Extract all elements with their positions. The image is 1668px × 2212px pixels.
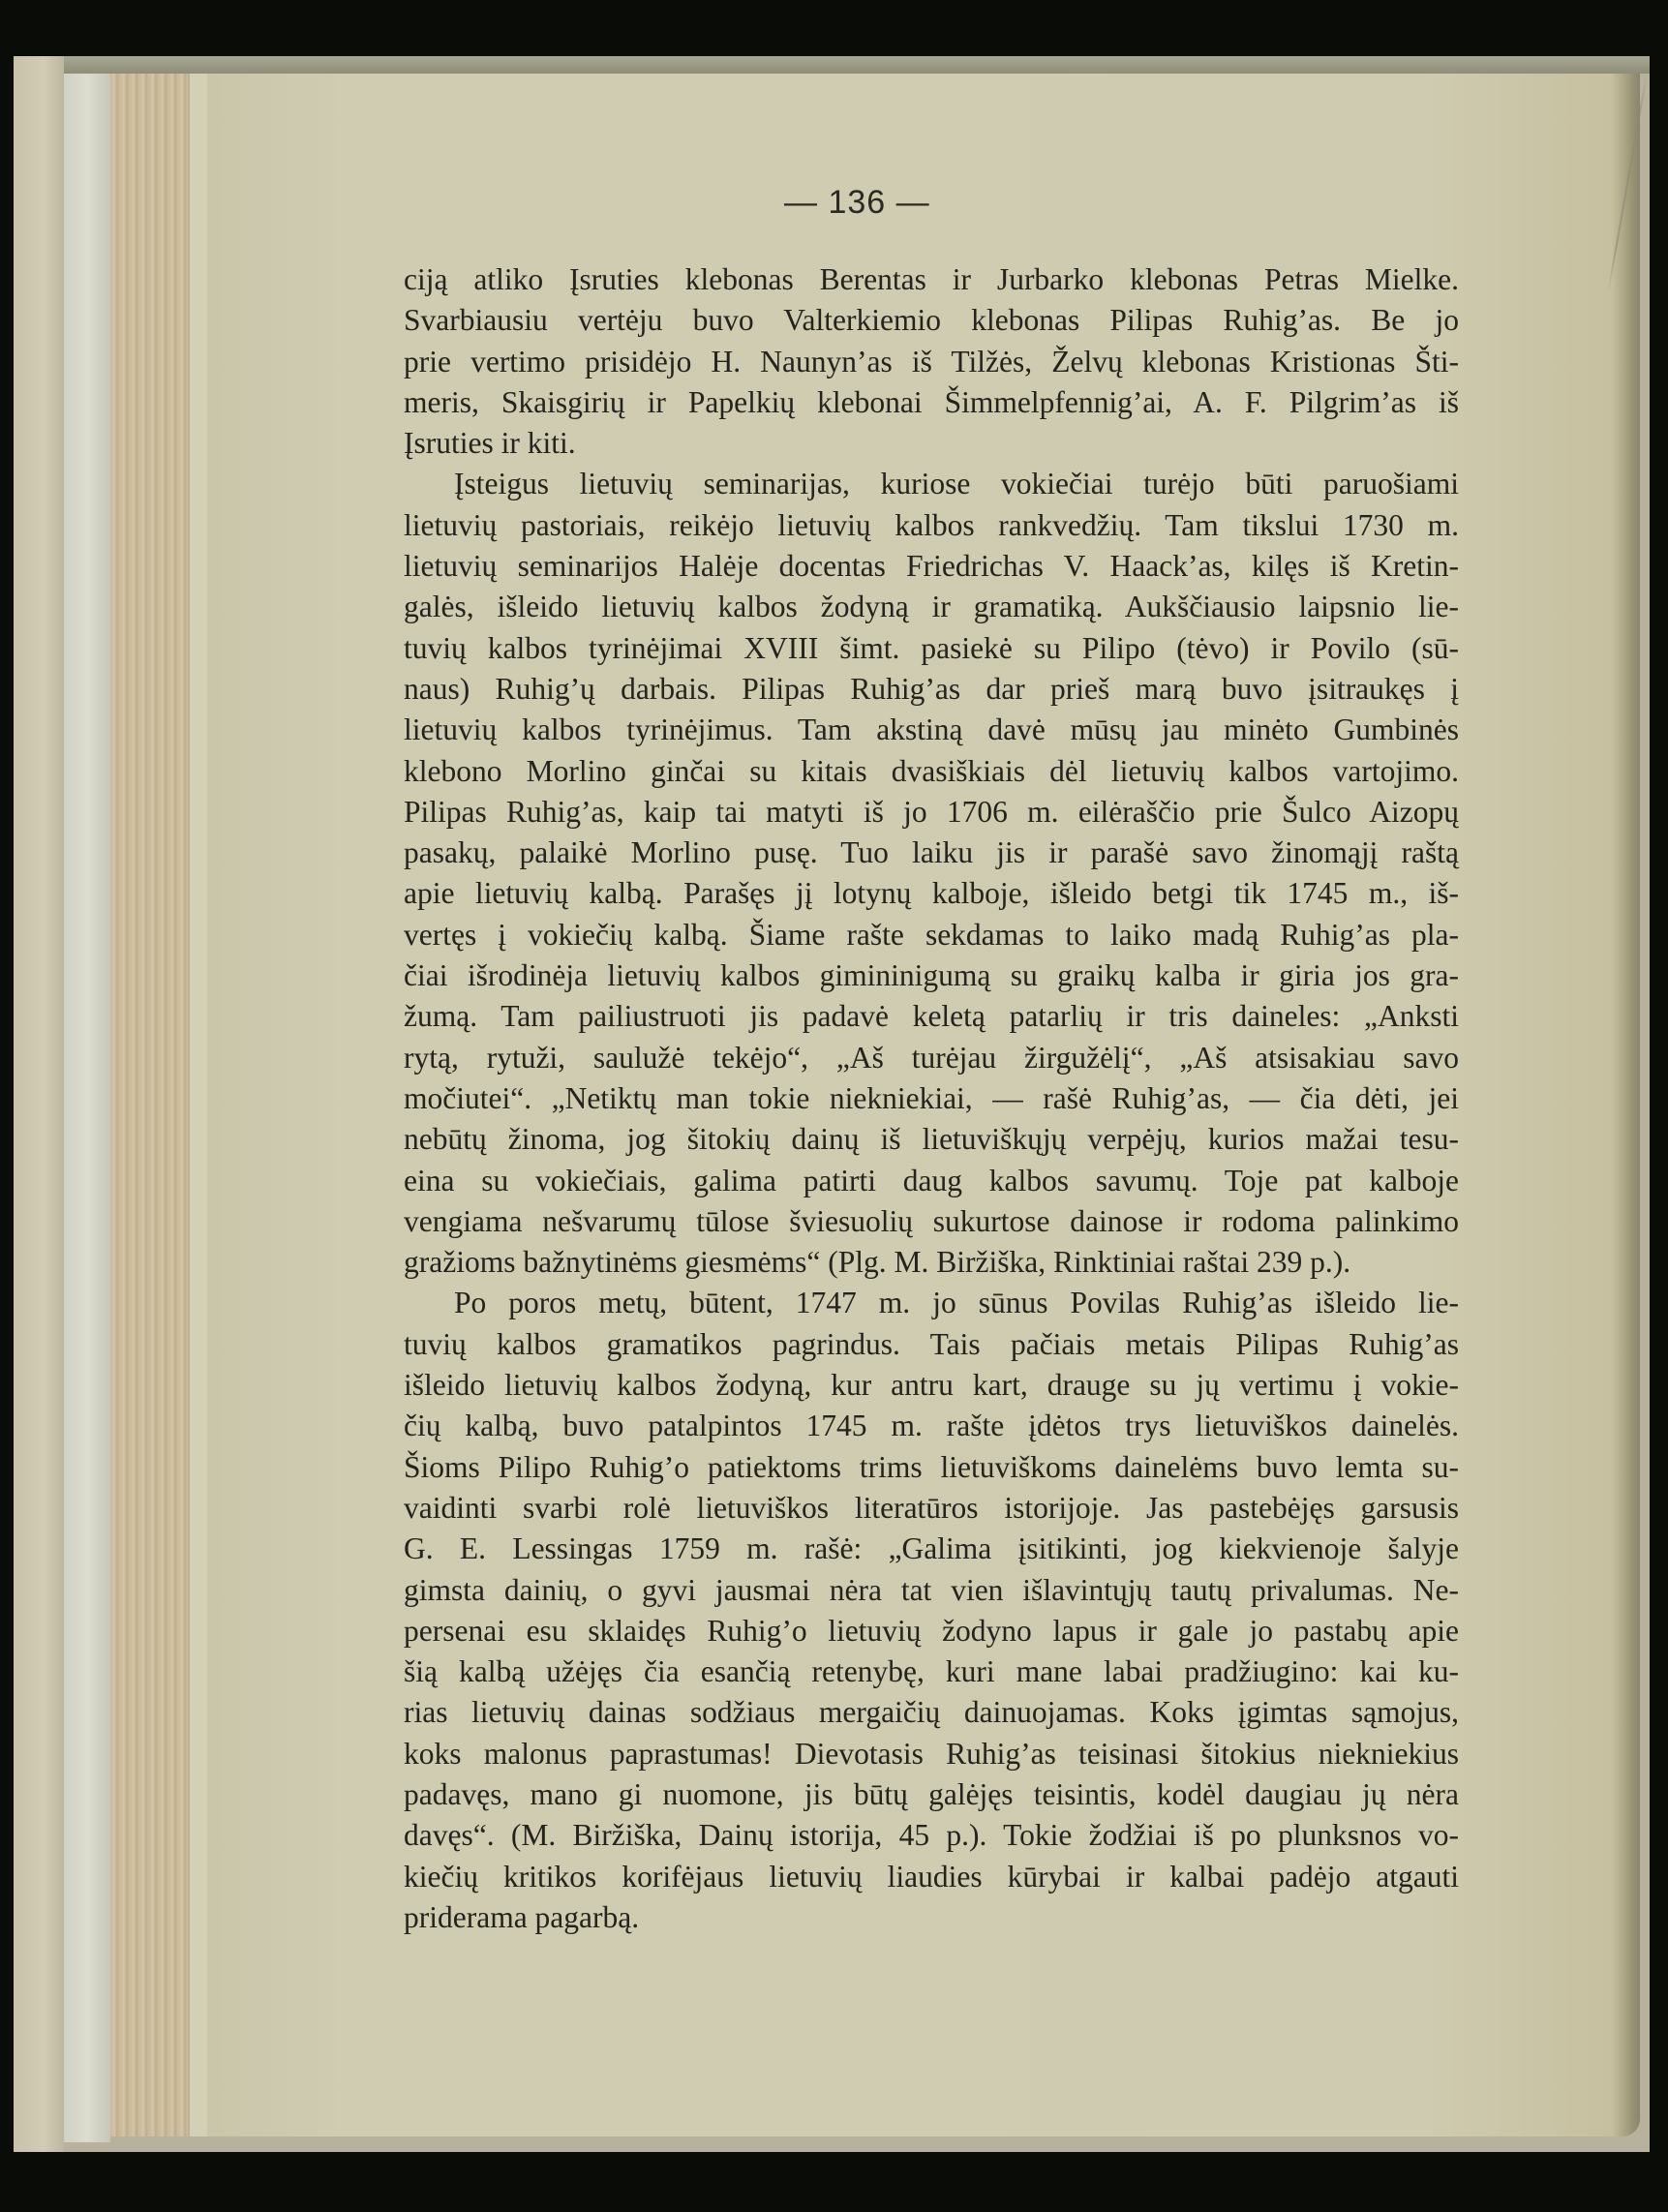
text-line: Po poros metų, būtent, 1747 m. jo sūnus …: [404, 1283, 1459, 1323]
text-line: priderama pagarbą.: [404, 1897, 1459, 1938]
text-line: koks malonus paprastumas! Dievotasis Ruh…: [404, 1734, 1459, 1774]
paragraph: ciją atliko Įsruties klebonas Berentas i…: [404, 259, 1459, 464]
text-line: gražioms bažnytinėms giesmėms“ (Plg. M. …: [404, 1242, 1459, 1283]
text-line: Šioms Pilipo Ruhig’o patiektoms trims li…: [404, 1447, 1459, 1488]
text-line: lietuvių kalbos tyrinėjimus. Tam akstiną…: [404, 710, 1459, 750]
text-line: davęs“. (M. Biržiška, Dainų istorija, 45…: [404, 1815, 1459, 1856]
text-line: pasakų, palaikė Morlino pusę. Tuo laiku …: [404, 833, 1459, 873]
book-top-rim: [64, 56, 1650, 74]
text-line: meris, Skaisgirių ir Papelkių klebonai Š…: [404, 382, 1459, 423]
page-stack-edge: [110, 74, 188, 2136]
endpaper: [64, 66, 110, 2142]
text-line: Įsruties ir kiti.: [404, 423, 1459, 464]
text-line: tuvių kalbos tyrinėjimai XVIII šimt. pas…: [404, 628, 1459, 669]
body-text: ciją atliko Įsruties klebonas Berentas i…: [404, 259, 1459, 1938]
text-line: Įsteigus lietuvių seminarijas, kuriose v…: [404, 464, 1459, 504]
text-line: lietuvių seminarijos Halėje docentas Fri…: [404, 546, 1459, 587]
text-line: gimsta dainių, o gyvi jausmai nėra tat v…: [404, 1570, 1459, 1611]
paragraph: Po poros metų, būtent, 1747 m. jo sūnus …: [404, 1283, 1459, 1938]
text-line: klebono Morlino ginčai su kitais dvasišk…: [404, 751, 1459, 792]
text-line: ciją atliko Įsruties klebonas Berentas i…: [404, 259, 1459, 300]
text-line: naus) Ruhig’ų darbais. Pilipas Ruhig’as …: [404, 669, 1459, 710]
text-line: vengiama nešvarumų tūlose šviesuolių suk…: [404, 1201, 1459, 1242]
text-line: galės, išleido lietuvių kalbos žodyną ir…: [404, 587, 1459, 627]
text-line: Pilipas Ruhig’as, kaip tai matyti iš jo …: [404, 792, 1459, 833]
text-line: žumą. Tam pailiustruoti jis padavė kelet…: [404, 996, 1459, 1037]
text-line: rytą, rytuži, saulužė tekėjo“, „Aš turėj…: [404, 1038, 1459, 1078]
text-line: šią kalbą užėjęs čia esančią retenybę, k…: [404, 1651, 1459, 1692]
text-line: tuvių kalbos gramatikos pagrindus. Tais …: [404, 1324, 1459, 1365]
page-number: — 136 —: [784, 184, 930, 222]
text-line: kiečių kritikos korifėjaus lietuvių liau…: [404, 1857, 1459, 1897]
text-line: vaidinti svarbi rolė lietuviškos literat…: [404, 1488, 1459, 1529]
page-gutter: [188, 74, 209, 2136]
text-line: išleido lietuvių kalbos žodyną, kur antr…: [404, 1365, 1459, 1406]
text-line: čiai išrodinėja lietuvių kalbos giminini…: [404, 955, 1459, 996]
text-line: persenai esu sklaidęs Ruhig’o lietuvių ž…: [404, 1611, 1459, 1651]
paragraph: Įsteigus lietuvių seminarijas, kuriose v…: [404, 464, 1459, 1283]
text-line: rias lietuvių dainas sodžiaus mergaičių …: [404, 1692, 1459, 1733]
text-line: čių kalbą, buvo patalpintos 1745 m. rašt…: [404, 1406, 1459, 1446]
text-line: padavęs, mano gi nuomone, jis būtų galėj…: [404, 1774, 1459, 1815]
text-line: močiutei“. „Netiktų man tokie niekniekia…: [404, 1078, 1459, 1119]
text-line: eina su vokiečiais, galima patirti daug …: [404, 1161, 1459, 1201]
text-line: apie lietuvių kalbą. Parašęs jį lotynų k…: [404, 873, 1459, 914]
book-spine-cloth: [14, 56, 64, 2152]
text-line: vertęs į vokiečių kalbą. Šiame rašte sek…: [404, 915, 1459, 955]
text-line: prie vertimo prisidėjo H. Naunyn’as iš T…: [404, 342, 1459, 382]
text-line: Svarbiausiu vertėju buvo Valterkiemio kl…: [404, 300, 1459, 341]
text-line: lietuvių pastoriais, reikėjo lietuvių ka…: [404, 505, 1459, 546]
text-line: nebūtų žinoma, jog šitokių dainų iš liet…: [404, 1119, 1459, 1160]
text-line: G. E. Lessingas 1759 m. rašė: „Galima įs…: [404, 1529, 1459, 1569]
